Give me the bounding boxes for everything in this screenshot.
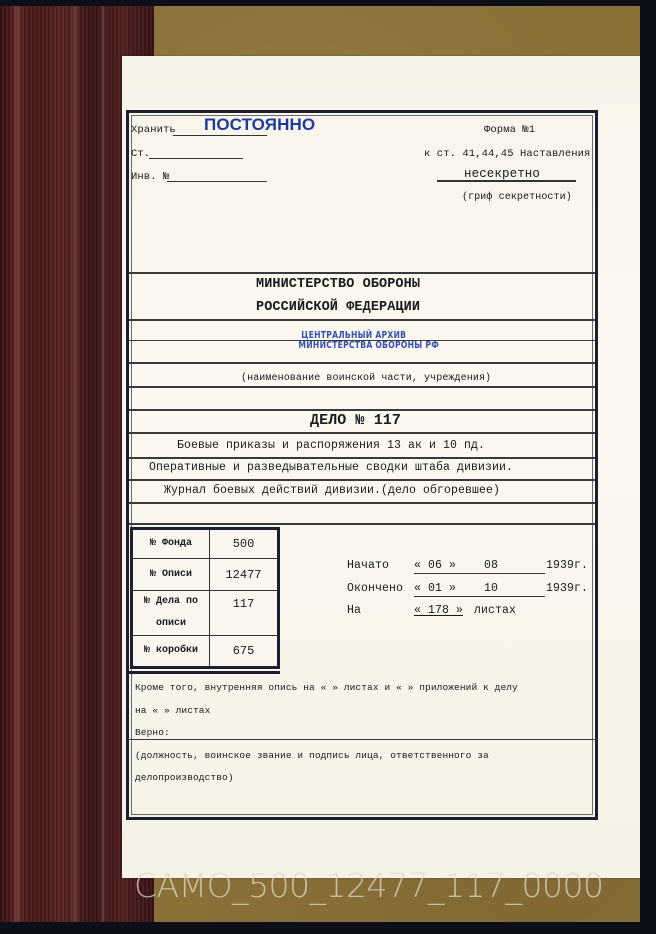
case-number-value: 117	[210, 591, 279, 636]
divider	[129, 319, 595, 321]
table-row: № Дела по описи 117	[132, 591, 279, 636]
inventory-note: Кроме того, внутренняя опись на « » лист…	[135, 682, 518, 693]
st-label: Ст.	[131, 148, 150, 160]
divider	[129, 523, 595, 525]
secrecy-caption: (гриф секретности)	[462, 192, 572, 203]
signature-caption-1: (должность, воинское звание и подпись ли…	[135, 750, 489, 761]
form-reference: к ст. 41,44,45 Наставления	[424, 148, 590, 160]
spine-texture	[12, 6, 22, 922]
divider	[129, 432, 595, 434]
fund-label: № Фонда	[132, 529, 210, 559]
document-scan: Хранить ПОСТОЯННО Ст. Инв. № Форма №1 к …	[0, 0, 656, 934]
table-bottom-border	[129, 671, 280, 674]
started-day: « 06 »	[414, 559, 456, 572]
ministry-line-2: РОССИЙСКОЙ ФЕДЕРАЦИИ	[256, 300, 420, 315]
case-number-label: № Дела по описи	[132, 591, 210, 636]
archive-watermark: CAMO_500_12477_117_0000	[134, 866, 604, 905]
divider	[129, 272, 595, 274]
case-title: ДЕЛО № 117	[310, 412, 401, 429]
sheets-value: « 178 »	[414, 604, 463, 617]
started-label: Начато	[347, 559, 389, 572]
sheets-label: На	[347, 604, 361, 617]
secrecy-underline	[437, 180, 576, 182]
divider	[129, 457, 595, 459]
inventory-label: № Описи	[132, 559, 210, 591]
secrecy-value: несекретно	[464, 167, 540, 181]
inv-underline	[167, 181, 267, 182]
case-description-line-3: Журнал боевых действий дивизии.(дело обг…	[164, 484, 500, 497]
spine-texture	[100, 6, 106, 922]
box-label: № коробки	[132, 636, 210, 668]
st-underline	[149, 158, 243, 159]
unit-caption: (наименование воинской части, учреждения…	[241, 373, 491, 384]
keep-stamp: ПОСТОЯННО	[204, 115, 315, 135]
fund-table: № Фонда 500 № Описи 12477 № Дела по опис…	[130, 527, 280, 669]
archive-stamp-line-2: МИНИСТЕРСТВА ОБОРОНЫ РФ	[298, 340, 439, 351]
divider	[129, 409, 595, 411]
sheets-note: на « » листах	[135, 705, 210, 716]
ended-day: « 01 »	[414, 582, 456, 595]
ended-year: 1939г.	[546, 582, 588, 595]
table-row: № коробки 675	[132, 636, 279, 668]
table-row: № Фонда 500	[132, 529, 279, 559]
verified-label: Верно:	[135, 727, 170, 738]
ended-month: 10	[484, 582, 498, 595]
divider	[129, 739, 595, 740]
fund-value: 500	[210, 529, 279, 559]
case-description-line-2: Оперативные и разведывательные сводки шт…	[149, 461, 513, 474]
started-underline	[414, 573, 545, 574]
started-year: 1939г.	[546, 559, 588, 572]
table-row: № Описи 12477	[132, 559, 279, 591]
divider	[129, 362, 595, 364]
keep-underline	[173, 135, 267, 136]
ministry-line-1: МИНИСТЕРСТВО ОБОРОНЫ	[256, 277, 420, 292]
divider	[129, 386, 595, 388]
signature-caption-2: делопроизводство)	[135, 772, 234, 783]
ended-label: Окончено	[347, 582, 403, 595]
box-value: 675	[210, 636, 279, 668]
sheets-suffix: листах	[474, 604, 516, 617]
divider	[129, 479, 595, 481]
divider	[129, 502, 595, 504]
inv-label: Инв. №	[131, 171, 169, 183]
spine-texture	[70, 6, 80, 922]
inventory-value: 12477	[210, 559, 279, 591]
ended-underline	[414, 596, 545, 597]
keep-label: Хранить	[131, 124, 176, 136]
form-label: Форма №1	[484, 124, 535, 136]
case-description-line-1: Боевые приказы и распоряжения 13 ак и 10…	[177, 439, 485, 452]
started-month: 08	[484, 559, 498, 572]
